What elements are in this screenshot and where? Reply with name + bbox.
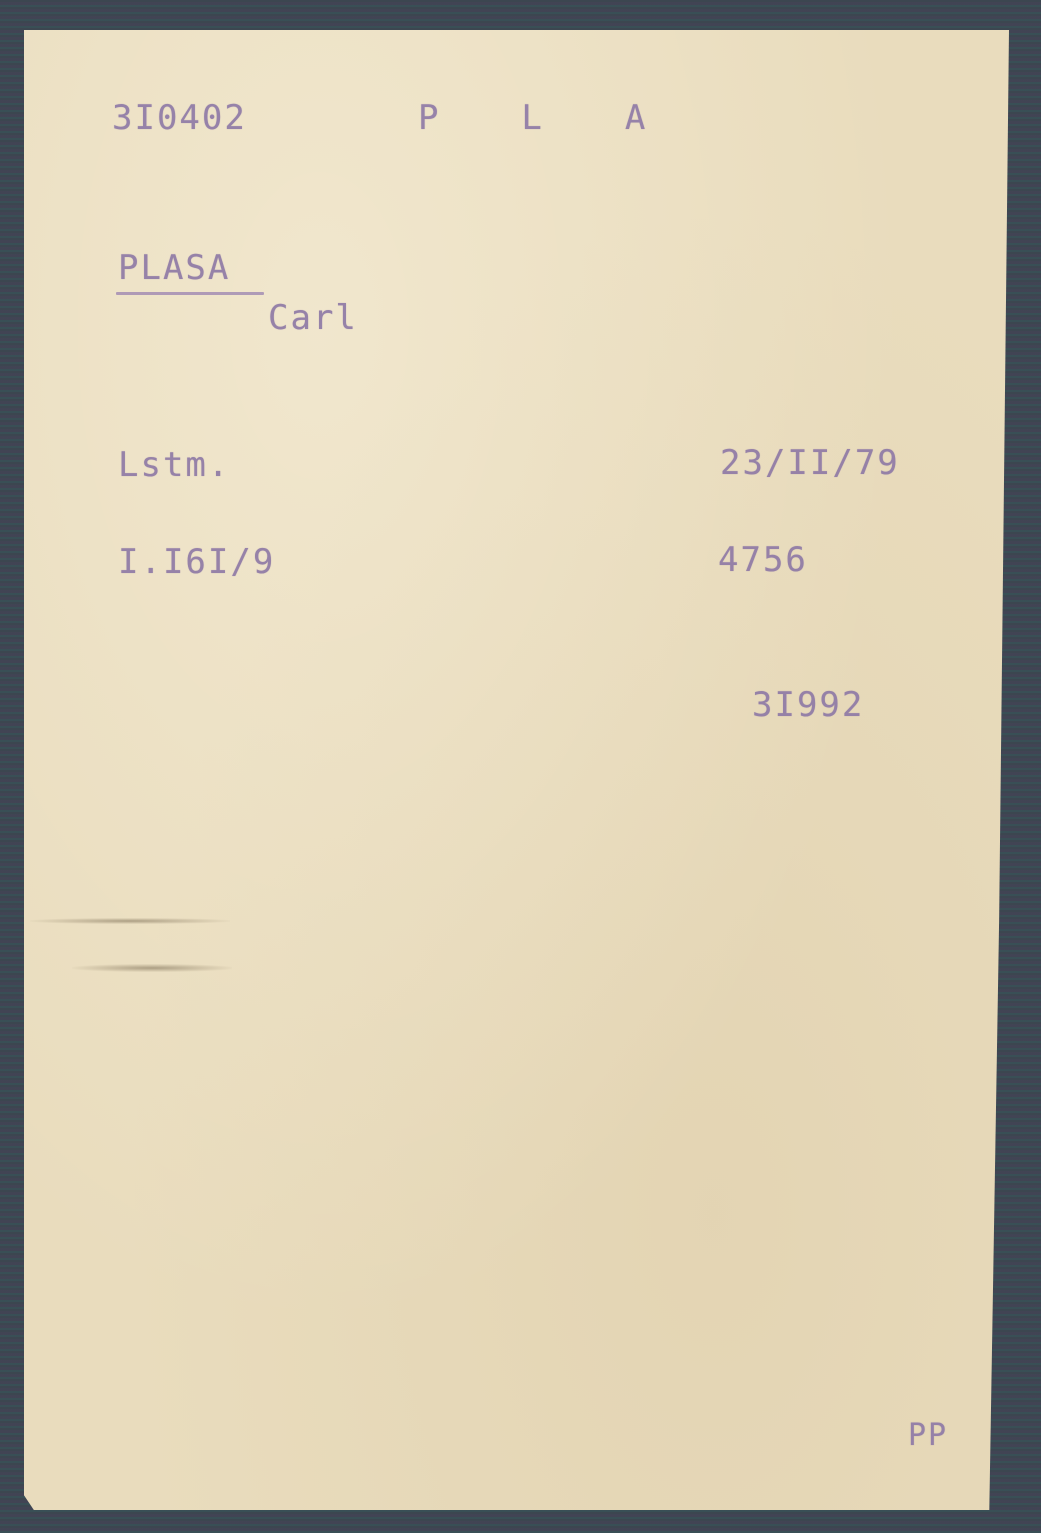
record-number: 3I0402 bbox=[112, 98, 247, 138]
rank: Lstm. bbox=[118, 445, 230, 485]
smudge-mark bbox=[72, 964, 232, 972]
date: 23/II/79 bbox=[720, 443, 900, 483]
smudge-mark bbox=[30, 918, 230, 924]
index-card: 3I0402 P L A PLASA Carl Lstm. 23/II/79 I… bbox=[24, 30, 1009, 1510]
surname: PLASA bbox=[118, 248, 230, 288]
surname-underline bbox=[116, 292, 264, 295]
given-name: Carl bbox=[268, 298, 358, 338]
unit-reference: I.I6I/9 bbox=[118, 542, 275, 582]
code-letters: P L A bbox=[418, 98, 659, 138]
number: 4756 bbox=[718, 540, 808, 580]
secondary-number: 3I992 bbox=[752, 685, 864, 725]
footer-mark: PP bbox=[908, 1418, 948, 1453]
